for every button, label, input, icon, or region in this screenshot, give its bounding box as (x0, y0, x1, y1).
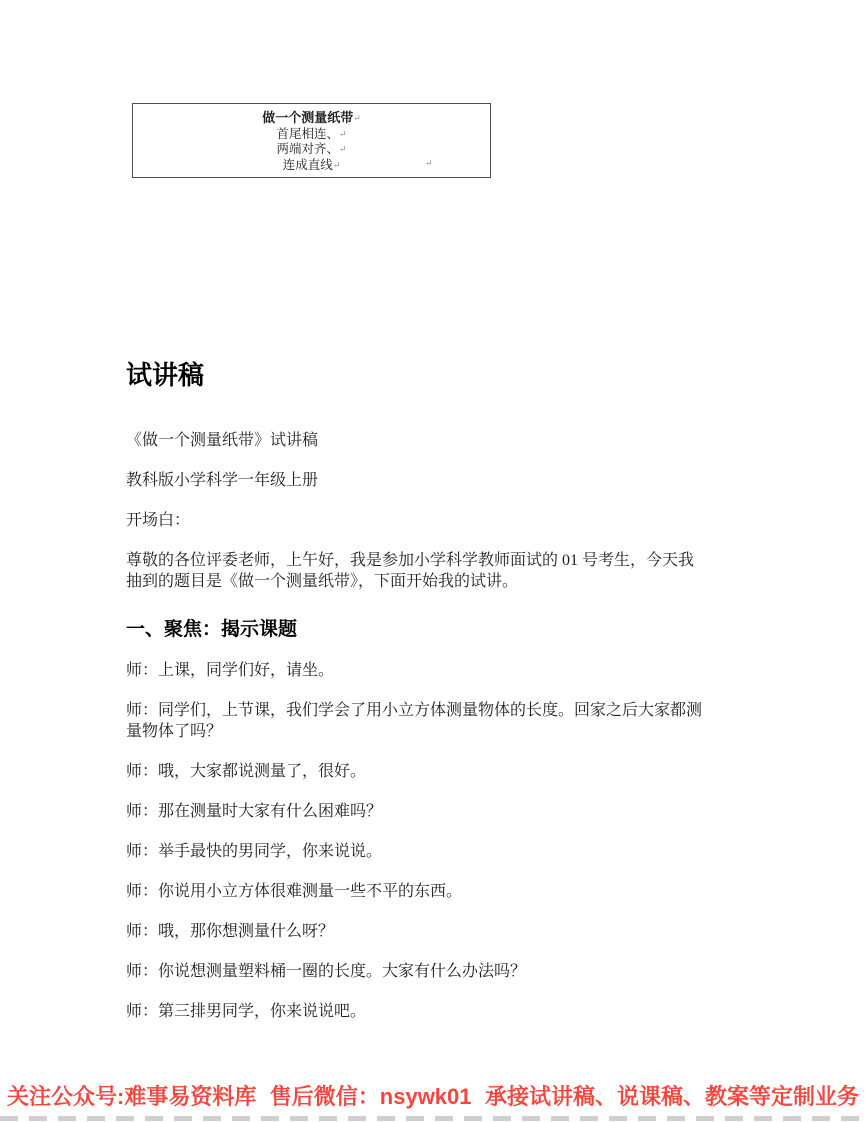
section-heading: 一、聚焦：揭示课题 (126, 617, 739, 643)
document-page: 做一个测量纸带↵ 首尾相连、↵ 两端对齐、↵ 连成直线↵ ↵ 试讲稿 《做一个测… (0, 0, 866, 1122)
dialog-paragraph: 师：你说用小立方体很难测量一些不平的东西。 (126, 881, 739, 902)
intro-paragraph: 开场白： (126, 510, 739, 531)
banner-segment-wechat-official: 关注公众号:难事易资料库 (7, 1084, 256, 1110)
dialog-paragraph: 师：哦，大家都说测量了，很好。 (126, 761, 739, 782)
dialog-paragraph: 师：上课，同学们好，请坐。 (126, 660, 739, 681)
banner-segment-services: 承接试讲稿、说课稿、教案等定制业务 (485, 1084, 859, 1110)
intro-paragraph: 尊敬的各位评委老师，上午好，我是参加小学科学教师面试的 01 号考生，今天我 抽… (126, 550, 739, 592)
dialog-paragraph: 师：同学们，上节课，我们学会了用小立方体测量物体的长度。回家之后大家都测 量物体… (126, 700, 739, 742)
dialog-paragraph: 师：你说想测量塑料桶一圈的长度。大家有什么办法吗？ (126, 961, 739, 982)
banner-segment-after-sales: 售后微信：nsywk01 (270, 1084, 472, 1110)
intro-paragraph: 教科版小学科学一年级上册 (126, 470, 739, 491)
document-body: 试讲稿 《做一个测量纸带》试讲稿 教科版小学科学一年级上册 开场白： 尊敬的各位… (126, 0, 739, 1022)
cropped-text-strip (0, 1116, 866, 1121)
footer-banner: 关注公众号:难事易资料库 售后微信：nsywk01 承接试讲稿、说课稿、教案等定… (0, 1084, 866, 1110)
dialog-paragraph: 师：举手最快的男同学，你来说说。 (126, 841, 739, 862)
dialog-paragraph: 师：哦，那你想测量什么呀？ (126, 921, 739, 942)
intro-paragraph: 《做一个测量纸带》试讲稿 (126, 430, 739, 451)
dialog-paragraph: 师：第三排男同学，你来说说吧。 (126, 1001, 739, 1022)
dialog-paragraph: 师：那在测量时大家有什么困难吗？ (126, 801, 739, 822)
page-title: 试讲稿 (126, 0, 739, 394)
